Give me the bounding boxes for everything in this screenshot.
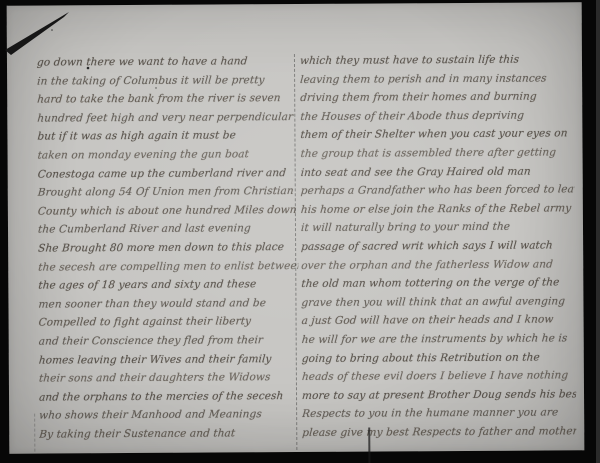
manuscript-line: and the orphans to the mercies of the se… [38,387,300,407]
manuscript-line: By taking their Sustenance and that [39,424,301,444]
manuscript-line: homes leaving their Wives and their fami… [38,349,300,369]
manuscript-line: it will naturally bring to your mind the [300,218,576,238]
manuscript-line: heads of these evil doers I believe I ha… [301,366,577,386]
manuscript-line: into seat and see the Gray Haired old ma… [300,162,576,182]
manuscript-line: go down there we want to have a hand [36,52,298,72]
manuscript-line: men sooner than they would stand and be [38,294,300,314]
manuscript-line: hard to take the bank from the river is … [36,89,298,109]
letter-right-column: which they must have to sustain life thi… [300,50,576,442]
letter-left-column: go down there we want to have a handin t… [37,52,299,444]
manuscript-line: going to bring about this Retribution on… [301,348,577,368]
manuscript-line: Respects to you in the humane manner you… [301,404,577,424]
manuscript-line: hundred feet high and very near perpendi… [37,108,299,128]
left-margin-crease [34,414,35,452]
manuscript-line: grave then you will think that an awful … [301,292,577,312]
manuscript-line: She Brought 80 more men down to this pla… [37,238,299,258]
manuscript-line: taken on monday evening the gun boat [37,145,299,165]
manuscript-line: County which is about one hundred Miles … [37,201,299,221]
manuscript-line: he will for we are the instruments by wh… [301,329,577,349]
manuscript-line: perhaps a Grandfather who has been force… [300,180,576,200]
manuscript-line: Brought along 54 Of Union men from Chris… [37,182,299,202]
manuscript-line: please give my best Respects to father a… [301,422,577,442]
photo-frame: go down there we want to have a handin t… [0,0,600,463]
manuscript-line: in the taking of Columbus it will be pre… [36,71,298,91]
manuscript-line: which they must have to sustain life thi… [299,50,575,70]
manuscript-line: who shows their Manhood and Meanings [38,405,300,425]
manuscript-line: them of their Shelter when you cast your… [300,125,576,145]
manuscript-line: but if it was as high again it must be [37,126,299,146]
manuscript-line: the group that is assembled there after … [300,143,576,163]
manuscript-line: leaving them to perish and in many insta… [299,69,575,89]
manuscript-line: and their Conscience they fled from thei… [38,331,300,351]
manuscript-line: over the orphan and the fatherless Widow… [300,255,576,275]
manuscript-line: their sons and their daughters the Widow… [38,368,300,388]
letter-page: go down there we want to have a handin t… [7,2,585,454]
manuscript-line: his home or else join the Ranks of the R… [300,199,576,219]
manuscript-line: passage of sacred writ which says I will… [300,236,576,256]
photo-edge-highlight [596,0,600,463]
manuscript-line: driving them from their homes and burnin… [299,87,575,107]
manuscript-line: Compelled to fight against their liberty [38,312,300,332]
manuscript-line: more to say at present Brother Doug send… [301,385,577,405]
manuscript-line: the Cumberland River and last evening [37,219,299,239]
bottom-crease-mark [368,428,370,463]
manuscript-line: the Houses of their Abode thus depriving [300,106,576,126]
manuscript-line: Conestoga came up the cumberland river a… [37,164,299,184]
manuscript-line: the old man whom tottering on the verge … [301,273,577,293]
manuscript-line: the secesh are compelling men to enlist … [37,257,299,277]
manuscript-line: a just God will have on their heads and … [301,311,577,331]
manuscript-line: the ages of 18 years and sixty and these [38,275,300,295]
